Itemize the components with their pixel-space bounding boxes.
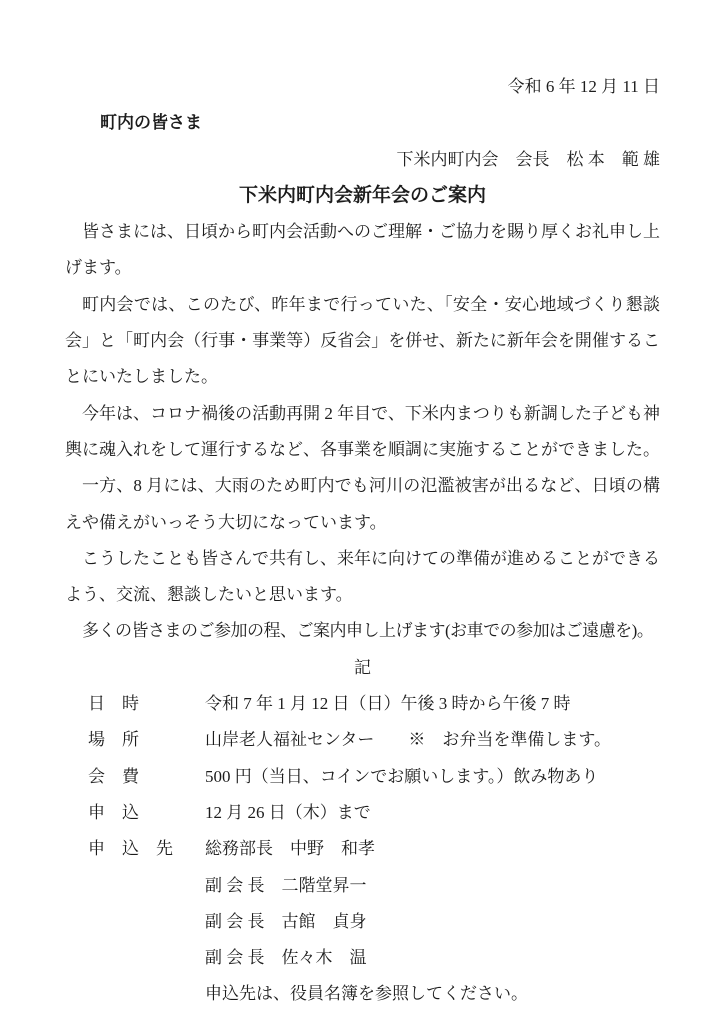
salutation: 町内の皆さま [65,105,660,141]
detail-label: 申 込 [65,795,205,831]
detail-row-datetime: 日 時 令和 7 年 1 月 12 日（日）午後 3 時から午後 7 時 [65,686,660,722]
detail-value: 令和 7 年 1 月 12 日（日）午後 3 時から午後 7 時 [205,686,660,722]
detail-row-note: 申込先は、役員名簿を参照してください。 [65,976,660,1012]
detail-value: 副 会 長 二階堂昇一 [205,868,660,904]
paragraph-sharing: こうしたことも皆さんで共有し、来年に向けての準備が進めることができるよう、交流、… [65,541,660,614]
date-line: 令和 6 年 12 月 11 日 [65,69,660,105]
detail-row-place: 場 所 山岸老人福祉センター ※ お弁当を準備します。 [65,722,660,758]
detail-value: 山岸老人福祉センター ※ お弁当を準備します。 [205,722,660,758]
detail-row-contact: 申 込 先 総務部長 中野 和孝 [65,831,660,867]
detail-row-contact-2: 副 会 長 二階堂昇一 [65,868,660,904]
detail-value: 総務部長 中野 和孝 [205,831,660,867]
ki-marker: 記 [65,650,660,686]
document-title: 下米内町内会新年会のご案内 [65,178,660,214]
paragraph-greeting: 皆さまには、日頃から町内会活動へのご理解・ご協力を賜り厚くお礼申し上げます。 [65,214,660,287]
detail-value: 申込先は、役員名簿を参照してください。 [205,976,660,1012]
detail-row-contact-3: 副 会 長 古館 貞身 [65,904,660,940]
detail-row-deadline: 申 込 12 月 26 日（木）まで [65,795,660,831]
sender-line: 下米内町内会 会長 松 本 範 雄 [65,142,660,178]
paragraph-flood: 一方、8 月には、大雨のため町内でも河川の氾濫被害が出るなど、日頃の構えや備えが… [65,468,660,541]
detail-label: 日 時 [65,686,205,722]
paragraph-invitation: 多くの皆さまのご参加の程、ご案内申し上げます(お車での参加はご遠慮を)。 [65,613,660,649]
detail-row-fee: 会 費 500 円（当日、コインでお願いします。）飲み物あり [65,759,660,795]
document-page: 令和 6 年 12 月 11 日 町内の皆さま 下米内町内会 会長 松 本 範 … [0,0,724,1024]
detail-label: 申 込 先 [65,831,205,867]
details-list: 日 時 令和 7 年 1 月 12 日（日）午後 3 時から午後 7 時 場 所… [65,686,660,1013]
paragraph-this-year: 今年は、コロナ禍後の活動再開 2 年目で、下米内まつりも新調した子ども神輿に魂入… [65,396,660,469]
detail-value: 副 会 長 佐々木 温 [205,940,660,976]
detail-value: 500 円（当日、コインでお願いします。）飲み物あり [205,759,660,795]
paragraph-announcement: 町内会では、このたび、昨年まで行っていた、「安全・安心地域づくり懇談会」と「町内… [65,287,660,396]
detail-value: 副 会 長 古館 貞身 [205,904,660,940]
detail-label: 場 所 [65,722,205,758]
detail-row-contact-4: 副 会 長 佐々木 温 [65,940,660,976]
detail-label: 会 費 [65,759,205,795]
detail-value: 12 月 26 日（木）まで [205,795,660,831]
